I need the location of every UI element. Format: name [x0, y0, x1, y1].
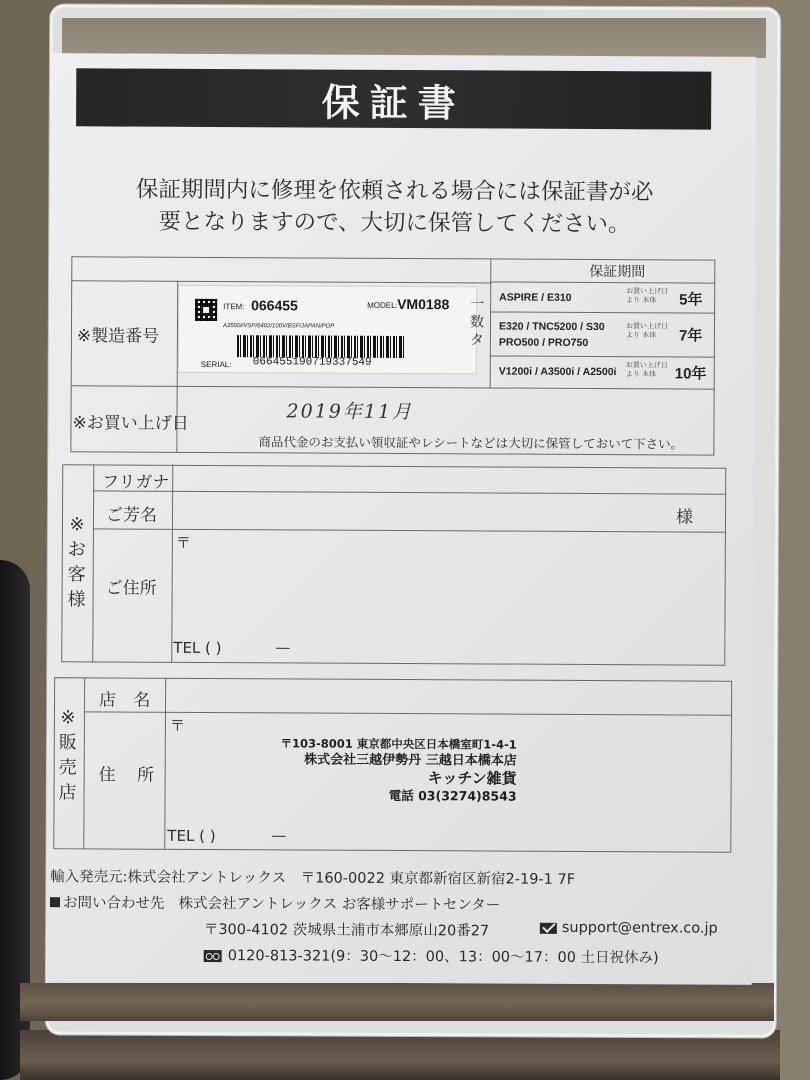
note-line: より 本体 [626, 296, 668, 305]
model-value: VM0188 [397, 296, 449, 312]
dealer-address-label: 住 所 [99, 760, 163, 785]
contact-row: お問い合わせ先株式会社アントレックス お客様サポートセンター [50, 891, 500, 914]
name-label: ご芳名 [106, 500, 157, 525]
warranty-note: お買い上げ日 より 本体 [626, 361, 668, 379]
envelope-icon [540, 922, 557, 933]
stamp-line-department: キッチン雑貨 [247, 768, 517, 788]
furigana-field[interactable] [174, 467, 724, 492]
stamp-line-phone: 電話 03(3274)8543 [247, 787, 517, 804]
phone-row: 0120-813-321(9：30～12：00、13：00～17：00 土日祝休… [204, 944, 659, 967]
side-mark-char: タ [465, 331, 489, 349]
note-line: お買い上げ日 [626, 322, 668, 331]
serial-value: 066455190719337549 [253, 356, 372, 369]
purchase-date-value[interactable]: 2019年11月 [286, 396, 413, 424]
address-field[interactable] [173, 531, 724, 634]
holder-top-window [62, 18, 766, 58]
steel-surface [20, 1030, 780, 1080]
item-value: 066455 [251, 297, 298, 313]
store-name-field[interactable] [167, 680, 730, 713]
note-line: より 本体 [626, 331, 668, 340]
stamp-line-address: 〒103-8001 東京都中央区日本橋室町1-4-1 [247, 736, 517, 752]
dealer-section-label: ※ 販 売 店 [55, 705, 80, 805]
side-mark-char: 一 [465, 295, 489, 313]
contact-address: 〒300-4102 茨城県土浦市本郷原山20番27 [204, 918, 489, 940]
product-sticker: ITEM: 066455 MODEL: VM0188 A3500i/VSP/64… [179, 286, 476, 374]
label-char: ※ [65, 512, 89, 537]
page-title: 保証書 [322, 71, 466, 127]
models-line: PRO500 / PRO750 [499, 335, 605, 352]
tel-label: TEL ( ) [173, 639, 221, 657]
email-row: support@entrex.co.jp [540, 920, 718, 937]
contact-name: 株式会社アントレックス お客様サポートセンター [178, 896, 500, 914]
serial-label: SERIAL: [201, 360, 232, 369]
side-mark: 一 数 タ [465, 295, 489, 349]
item-label: ITEM: [223, 302, 244, 311]
contact-label: お問い合わせ先 [63, 895, 165, 912]
warranty-card: 保証書 保証期間内に修理を依頼される場合には保証書が必 要となりますので、大切に… [46, 53, 757, 985]
dealer-stamp: 〒103-8001 東京都中央区日本橋室町1-4-1 株式会社三越伊勢丹 三越日… [247, 736, 517, 804]
purchase-date-label: ※お買い上げ日 [72, 408, 188, 434]
label-char: ※ [56, 705, 80, 730]
warranty-models-5y: ASPIRE / E310 [499, 290, 571, 306]
model-label: MODEL: [367, 301, 398, 310]
title-bar: 保証書 [76, 68, 711, 129]
label-char: 客 [65, 562, 89, 587]
purchase-note: 商品代金のお支払い領収証やレシートなどは大切に保管しておいて下さい。 [258, 432, 683, 452]
store-name-label: 店 名 [99, 685, 157, 710]
models-line: E320 / TNC5200 / S30 [499, 319, 605, 336]
importer-info: 輸入発売元:株式会社アントレックス 〒160-0022 東京都新宿区新宿2-19… [50, 865, 575, 889]
warranty-period-header: 保証期間 [589, 261, 645, 281]
intro-text: 保証期間内に修理を依頼される場合には保証書が必 要となりますので、大切に保管して… [69, 173, 719, 240]
name-field[interactable] [174, 493, 724, 530]
side-mark-char: 数 [465, 313, 489, 331]
note-line: お買い上げ日 [626, 361, 668, 370]
holder-bottom-window [20, 983, 774, 1021]
barcode [237, 335, 405, 358]
note-line: お買い上げ日 [626, 287, 668, 296]
warranty-note: お買い上げ日 より 本体 [626, 287, 668, 305]
warranty-models-7y: E320 / TNC5200 / S30 PRO500 / PRO750 [499, 319, 605, 352]
stamp-line-company: 株式会社三越伊勢丹 三越日本橋本店 [247, 751, 517, 769]
square-bullet-icon [50, 897, 60, 907]
free-dial-icon [204, 950, 222, 962]
label-char: 売 [56, 755, 80, 780]
phone-number: 0120-813-321(9：30～12：00、13：00～17：00 土日祝休… [228, 948, 659, 966]
intro-line-1: 保証期間内に修理を依頼される場合には保証書が必 [70, 173, 720, 208]
customer-section-label: ※ お 客 様 [65, 512, 90, 612]
note-line: より 本体 [626, 370, 668, 379]
serial-number-label: ※製造番号 [77, 321, 159, 346]
spec-line: A3500i/VSP/6402/100V/BSF/JAPAN/POP [223, 323, 334, 330]
qr-code-icon [195, 299, 217, 321]
warranty-models-10y: V1200i / A3500i / A2500i [499, 364, 617, 381]
tel-field[interactable] [237, 636, 437, 659]
dealer-tel-label: TEL ( ) [167, 827, 215, 845]
address-label: ご住所 [106, 573, 157, 598]
warranty-years-7: 7年 [679, 324, 702, 345]
email-link[interactable]: support@entrex.co.jp [562, 920, 718, 937]
dealer-tel-dash: — [271, 826, 286, 844]
furigana-label: フリガナ [102, 467, 169, 492]
label-char: お [65, 537, 89, 562]
label-char: 販 [56, 730, 80, 755]
name-suffix: 様 [676, 502, 693, 527]
warranty-years-5: 5年 [679, 288, 702, 309]
intro-line-2: 要となりますので、大切に保管してください。 [69, 205, 719, 240]
label-char: 様 [65, 587, 89, 612]
warranty-note: お買い上げ日 より 本体 [626, 322, 668, 340]
label-char: 店 [55, 780, 79, 805]
warranty-years-10: 10年 [675, 362, 707, 383]
postal-mark: 〒 [176, 532, 191, 553]
